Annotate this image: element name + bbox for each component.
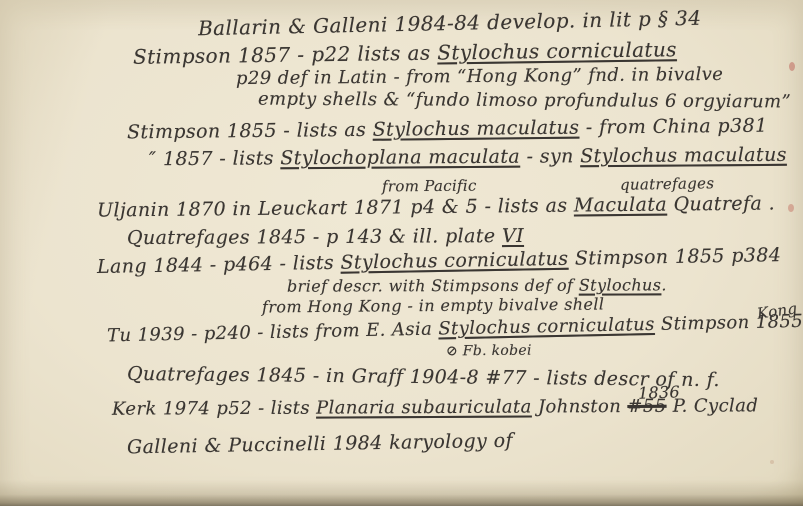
species-name: Stylochus corniculatus [340,248,568,274]
annotation-text: quatrefages [620,174,715,194]
line-text: Uljanin 1870 in Leuckart 1871 p4 & 5 - l… [97,195,574,222]
line-text: Ballarin & Galleni 1984-84 develop. in l… [198,6,702,41]
handwritten-line: Uljanin 1870 in Leuckart 1871 p4 & 5 - l… [97,193,775,221]
species-name: Stylochus maculatus [373,117,580,141]
species-name: Stylochus corniculatus [437,37,677,64]
species-name: Stylochoplana maculata [280,146,520,170]
line-text: Lang 1844 - p464 - lists [97,252,341,278]
species-name: Planaria subauriculata [316,396,532,418]
line-text: brief descr. with Stimpsons def of [287,276,579,296]
annotation-kobei: ⊘ Fb. kobei [446,344,532,360]
line-text: . [661,275,667,294]
handwritten-line: Tu 1939 - p240 - lists from E. Asia Styl… [107,310,803,347]
line-text: Tu 1939 - p240 - lists from E. Asia [107,318,439,346]
line-text: from Hong Kong - in empty bivalve shell [262,295,605,317]
annotation-from-pacific: from Pacific [382,178,477,195]
line-text: P. Cyclad [667,395,759,416]
handwritten-line: Lang 1844 - p464 - lists Stylochus corni… [97,245,782,278]
line-text: Quatrefages 1845 - in Graff 1904-8 #77 -… [127,363,720,391]
handwritten-line: ″ 1857 - lists Stylochoplana maculata - … [149,145,787,170]
handwritten-line: brief descr. with Stimpsons def of Stylo… [287,276,667,295]
paper-speck [770,460,774,464]
handwritten-line: Galleni & Puccinelli 1984 karyology of [127,431,513,459]
handwritten-line: p29 def in Latin - from “Hong Kong” fnd.… [236,65,723,89]
line-text: Stimpson 1857 - p22 lists as [133,41,438,69]
handwritten-line: Stimpson 1857 - p22 lists as Stylochus c… [133,38,677,68]
species-name: Maculata [574,194,667,217]
struck-out-text: #55 [627,396,666,417]
species-name: Stylochus maculatus [580,144,787,167]
note-card: Ballarin & Galleni 1984-84 develop. in l… [0,0,803,506]
line-text: Quatrefages 1845 - p 143 & ill. plate [127,225,502,249]
line-text: Stimpson 1855 - lists as [127,119,373,144]
line-text: empty shells & “fundo limoso profundulus… [258,89,791,113]
handwritten-line: Stimpson 1855 - lists as Stylochus macul… [127,116,768,144]
annotation-text: ⊘ Fb. kobei [446,343,532,360]
line-text: Quatrefa . [667,192,775,215]
red-edge-mark [789,62,795,71]
annotation-quatrefages: quatrefages [620,175,715,193]
handwritten-line: Ballarin & Galleni 1984-84 develop. in l… [198,7,702,40]
genus-name: Stylochus [579,275,662,294]
line-text: Galleni & Puccinelli 1984 karyology of [127,430,513,459]
line-text: Kerk 1974 p52 - lists [112,398,316,420]
handwritten-line: from Hong Kong - in empty bivalve shell [262,296,605,317]
species-name: Stylochus corniculatus [438,314,655,340]
handwritten-line: Kerk 1974 p52 - lists Planaria subauricu… [112,396,758,419]
handwritten-line: Quatrefages 1845 - in Graff 1904-8 #77 -… [127,364,720,391]
line-text: p29 def in Latin - from “Hong Kong” fnd.… [236,64,723,89]
red-edge-mark [788,204,794,212]
line-text: Stimpson 1855 p384 [568,244,781,270]
handwritten-line: Quatrefages 1845 - p 143 & ill. plate VI [127,226,524,249]
plate-number: VI [502,225,524,247]
annotation-text: from Pacific [382,177,477,196]
line-text: - from China p381 [579,115,767,139]
ditto-mark-and-text: ″ 1857 - lists [149,147,280,170]
handwritten-line: empty shells & “fundo limoso profundulus… [258,90,791,113]
line-text: - syn [520,145,580,167]
line-text: Johnston [532,396,628,418]
